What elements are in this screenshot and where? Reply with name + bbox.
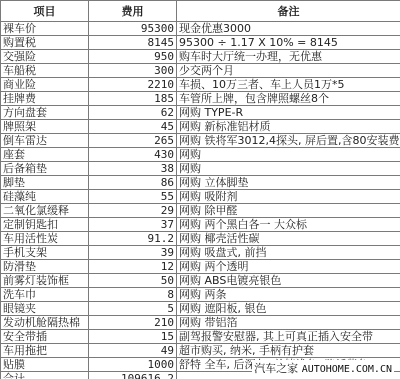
cost-cell: 12 bbox=[89, 260, 177, 274]
item-cell: 方向盘套 bbox=[1, 106, 89, 120]
cost-cell: 37 bbox=[89, 218, 177, 232]
item-cell: 贴膜 bbox=[1, 358, 89, 372]
expense-table: 项目 费用 备注 裸车价95300现金优惠3000购置税8145 95300 ÷… bbox=[0, 0, 400, 379]
cost-cell: 1000 bbox=[89, 358, 177, 372]
cost-cell: 38 bbox=[89, 162, 177, 176]
item-cell: 购置税 bbox=[1, 36, 89, 50]
table-row: 洗车巾8网购 两条 bbox=[1, 288, 400, 302]
cost-cell: 62 bbox=[89, 106, 177, 120]
note-cell: 网购 两条 bbox=[177, 288, 400, 302]
table-row: 方向盘套62网购 TYPE-R bbox=[1, 106, 400, 120]
cost-cell: 49 bbox=[89, 344, 177, 358]
item-cell: 倒车雷达 bbox=[1, 134, 89, 148]
item-cell: 合计 bbox=[1, 372, 89, 379]
note-cell: 车损、10万三者、车上人员1万*5 bbox=[177, 78, 400, 92]
note-cell: 95300 ÷ 1.17 X 10% = 8145 bbox=[177, 36, 400, 50]
note-cell: 网购 两个透明 bbox=[177, 260, 400, 274]
cost-cell: 50 bbox=[89, 274, 177, 288]
header-note: 备注 bbox=[177, 1, 400, 22]
note-cell: 副驾报警安慰器, 其上可真正插入安全带 bbox=[177, 330, 400, 344]
cost-cell: 265 bbox=[89, 134, 177, 148]
item-cell: 座套 bbox=[1, 148, 89, 162]
item-cell: 后备箱垫 bbox=[1, 162, 89, 176]
note-cell: 网购 除甲醛 bbox=[177, 204, 400, 218]
cost-cell: 300 bbox=[89, 64, 177, 78]
cost-cell: 86 bbox=[89, 176, 177, 190]
item-cell: 裸车价 bbox=[1, 22, 89, 36]
table-row: 车船税300少交两个月 bbox=[1, 64, 400, 78]
item-cell: 洗车巾 bbox=[1, 288, 89, 302]
cost-cell: 2210 bbox=[89, 78, 177, 92]
item-cell: 安全带插 bbox=[1, 330, 89, 344]
cost-cell: 8 bbox=[89, 288, 177, 302]
note-cell: 网购 新标准铝材质 bbox=[177, 120, 400, 134]
item-cell: 牌照架 bbox=[1, 120, 89, 134]
table-row: 发动机舱隔热棉210网购 带铝箔 bbox=[1, 316, 400, 330]
table-row: 交强险950购车时大厅统一办理，无优惠 bbox=[1, 50, 400, 64]
note-cell: 车管所上牌，包含牌照螺丝8个 bbox=[177, 92, 400, 106]
item-cell: 发动机舱隔热棉 bbox=[1, 316, 89, 330]
table-row: 二氧化氯缓释29网购 除甲醛 bbox=[1, 204, 400, 218]
table-row: 车用活性炭91.2网购 椰壳活性碳 bbox=[1, 232, 400, 246]
header-row: 项目 费用 备注 bbox=[1, 1, 400, 22]
cost-cell: 55 bbox=[89, 190, 177, 204]
header-cost: 费用 bbox=[89, 1, 177, 22]
cost-cell: 45 bbox=[89, 120, 177, 134]
table-row: 裸车价95300现金优惠3000 bbox=[1, 22, 400, 36]
note-cell: 少交两个月 bbox=[177, 64, 400, 78]
table-row: 脚垫86网购 立体脚垫 bbox=[1, 176, 400, 190]
cost-cell: 95300 bbox=[89, 22, 177, 36]
header-item: 项目 bbox=[1, 1, 89, 22]
item-cell: 定制钥匙扣 bbox=[1, 218, 89, 232]
cost-cell: 210 bbox=[89, 316, 177, 330]
note-cell: 网购 遮阳板, 银色 bbox=[177, 302, 400, 316]
note-cell: 网购 带铝箔 bbox=[177, 316, 400, 330]
item-cell: 交强险 bbox=[1, 50, 89, 64]
note-cell: 网购 椰壳活性碳 bbox=[177, 232, 400, 246]
note-cell: 超市购买, 纳米, 手柄有护套 bbox=[177, 344, 400, 358]
item-cell: 硅藻纯 bbox=[1, 190, 89, 204]
table-row: 车用拖把49超市购买, 纳米, 手柄有护套 bbox=[1, 344, 400, 358]
note-cell: 网购 铁将军3012,4探头, 屏后置,含80安装费 bbox=[177, 134, 400, 148]
table-row: 硅藻纯55网购 吸附剂 bbox=[1, 190, 400, 204]
table-row: 后备箱垫38网购 bbox=[1, 162, 400, 176]
watermark-en: AUTOHOME.COM.CN bbox=[302, 364, 392, 375]
watermark-cn: 汽车之家 bbox=[254, 362, 298, 375]
item-cell: 商业险 bbox=[1, 78, 89, 92]
item-cell: 前雾灯装饰框 bbox=[1, 274, 89, 288]
cost-cell: 8145 bbox=[89, 36, 177, 50]
cost-cell: 15 bbox=[89, 330, 177, 344]
item-cell: 手机支架 bbox=[1, 246, 89, 260]
table-row: 手机支架39网购 吸盘式, 前挡 bbox=[1, 246, 400, 260]
note-cell: 网购 两个黑白各一 大众标 bbox=[177, 218, 400, 232]
table-row: 牌照架45网购 新标准铝材质 bbox=[1, 120, 400, 134]
note-cell: 购车时大厅统一办理，无优惠 bbox=[177, 50, 400, 64]
table-row: 倒车雷达265网购 铁将军3012,4探头, 屏后置,含80安装费 bbox=[1, 134, 400, 148]
note-cell: 网购 吸附剂 bbox=[177, 190, 400, 204]
item-cell: 车船税 bbox=[1, 64, 89, 78]
cost-cell: 29 bbox=[89, 204, 177, 218]
item-cell: 眼镜夹 bbox=[1, 302, 89, 316]
table-row: 防滑垫12网购 两个透明 bbox=[1, 260, 400, 274]
note-cell: 网购 bbox=[177, 162, 400, 176]
item-cell: 二氧化氯缓释 bbox=[1, 204, 89, 218]
note-cell: 网购 ABS电镀亮银色 bbox=[177, 274, 400, 288]
note-cell: 现金优惠3000 bbox=[177, 22, 400, 36]
table-row: 购置税8145 95300 ÷ 1.17 X 10% = 8145 bbox=[1, 36, 400, 50]
table-row: 定制钥匙扣37网购 两个黑白各一 大众标 bbox=[1, 218, 400, 232]
cost-cell: 5 bbox=[89, 302, 177, 316]
note-cell: 网购 吸盘式, 前挡 bbox=[177, 246, 400, 260]
note-cell: 网购 立体脚垫 bbox=[177, 176, 400, 190]
table-row: 前雾灯装饰框50网购 ABS电镀亮银色 bbox=[1, 274, 400, 288]
table-row: 眼镜夹5网购 遮阳板, 银色 bbox=[1, 302, 400, 316]
cost-cell: 39 bbox=[89, 246, 177, 260]
note-cell: 网购 bbox=[177, 148, 400, 162]
cost-cell: 91.2 bbox=[89, 232, 177, 246]
item-cell: 脚垫 bbox=[1, 176, 89, 190]
watermark: 汽车之家 AUTOHOME.COM.CN bbox=[252, 360, 394, 376]
cost-cell: 109616.2 bbox=[89, 372, 177, 379]
note-cell: 网购 TYPE-R bbox=[177, 106, 400, 120]
item-cell: 挂牌费 bbox=[1, 92, 89, 106]
cost-cell: 950 bbox=[89, 50, 177, 64]
table-row: 安全带插15副驾报警安慰器, 其上可真正插入安全带 bbox=[1, 330, 400, 344]
item-cell: 防滑垫 bbox=[1, 260, 89, 274]
cost-cell: 430 bbox=[89, 148, 177, 162]
item-cell: 车用活性炭 bbox=[1, 232, 89, 246]
item-cell: 车用拖把 bbox=[1, 344, 89, 358]
table-row: 商业险2210车损、10万三者、车上人员1万*5 bbox=[1, 78, 400, 92]
table-row: 挂牌费185车管所上牌，包含牌照螺丝8个 bbox=[1, 92, 400, 106]
table-row: 座套430网购 bbox=[1, 148, 400, 162]
cost-cell: 185 bbox=[89, 92, 177, 106]
